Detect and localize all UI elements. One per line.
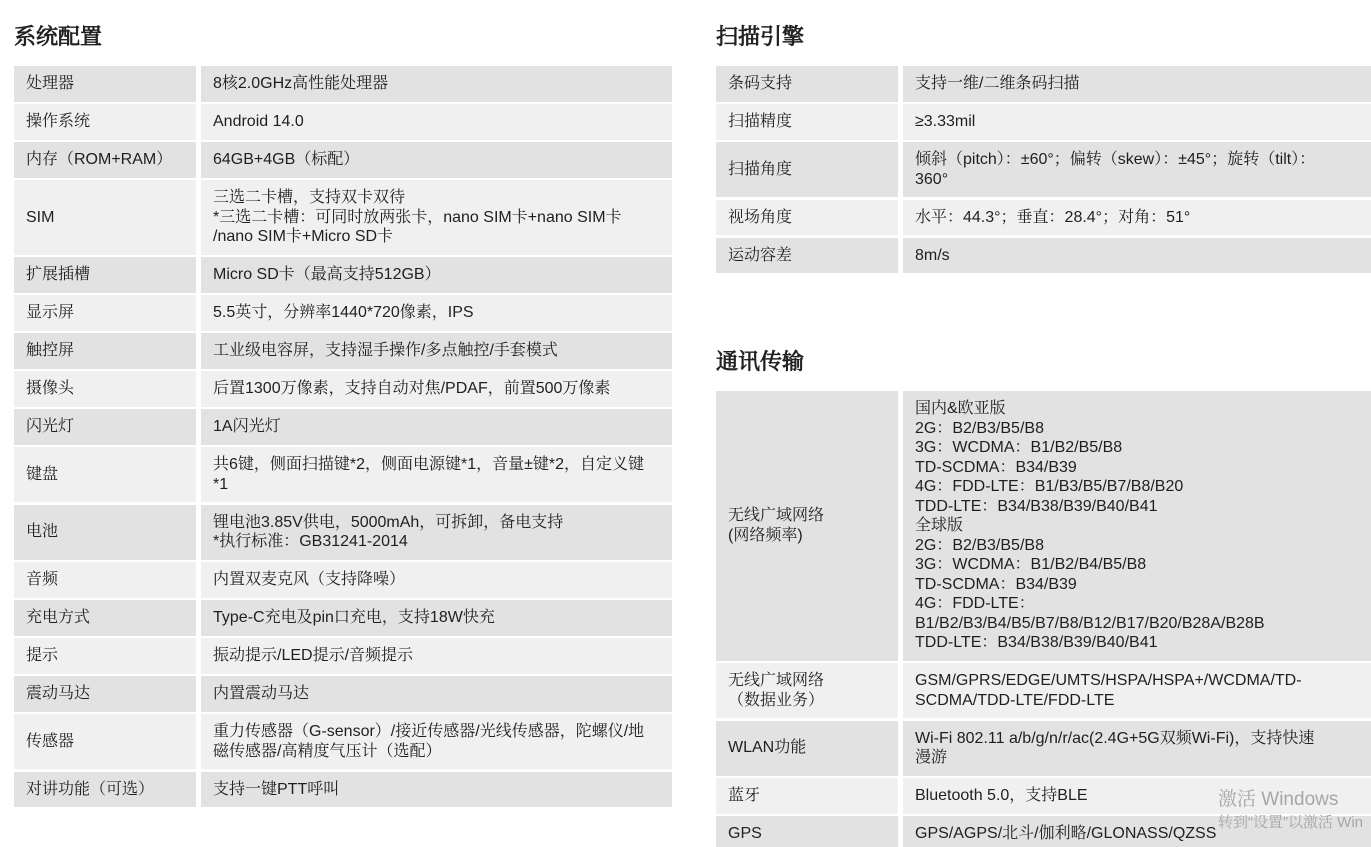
- spec-label: 蓝牙: [716, 778, 898, 814]
- spec-row: 电池锂电池3.85V供电，5000mAh，可拆卸，备电支持 *执行标准：GB31…: [14, 505, 672, 560]
- spec-label: 摄像头: [14, 371, 196, 407]
- spec-row: 传感器重力传感器（G-sensor）/接近传感器/光线传感器，陀螺仪/地 磁传感…: [14, 714, 672, 769]
- spec-row: 视场角度水平：44.3°；垂直：28.4°；对角：51°: [716, 200, 1371, 236]
- spec-row: 无线广域网络 (网络频率)国内&欧亚版 2G：B2/B3/B5/B8 3G：WC…: [716, 391, 1371, 661]
- spec-row: 摄像头后置1300万像素，支持自动对焦/PDAF，前置500万像素: [14, 371, 672, 407]
- spec-label: 运动容差: [716, 238, 898, 274]
- watermark-activate-text: 激活 Windows: [1218, 789, 1363, 811]
- spec-label: 传感器: [14, 714, 196, 769]
- spec-row: 显示屏5.5英寸，分辨率1440*720像素，IPS: [14, 295, 672, 331]
- spec-value: 内置双麦克风（支持降噪）: [201, 562, 672, 598]
- system-config-section: 系统配置 处理器8核2.0GHz高性能处理器操作系统Android 14.0内存…: [14, 24, 672, 810]
- spec-label: 条码支持: [716, 66, 898, 102]
- spec-row: 扫描角度倾斜（pitch）：±60°；偏转（skew）：±45°；旋转（tilt…: [716, 142, 1371, 197]
- spec-label: 操作系统: [14, 104, 196, 140]
- spec-value: 国内&欧亚版 2G：B2/B3/B5/B8 3G：WCDMA：B1/B2/B5/…: [903, 391, 1371, 661]
- spec-row: 扫描精度≥3.33mil: [716, 104, 1371, 140]
- spec-label: 显示屏: [14, 295, 196, 331]
- watermark-settings-text: 转到“设置”以激活 Win: [1218, 814, 1363, 832]
- spec-value: 振动提示/LED提示/音频提示: [201, 638, 672, 674]
- spec-row: WLAN功能Wi-Fi 802.11 a/b/g/n/r/ac(2.4G+5G双…: [716, 721, 1371, 776]
- spec-value: 内置震动马达: [201, 676, 672, 712]
- spec-value: 水平：44.3°；垂直：28.4°；对角：51°: [903, 200, 1371, 236]
- spec-row: 闪光灯1A闪光灯: [14, 409, 672, 445]
- spec-label: 触控屏: [14, 333, 196, 369]
- spec-value: 8核2.0GHz高性能处理器: [201, 66, 672, 102]
- spec-value: 1A闪光灯: [201, 409, 672, 445]
- spec-row: 扩展插槽Micro SD卡（最高支持512GB）: [14, 257, 672, 293]
- spec-label: SIM: [14, 180, 196, 255]
- spec-value: Micro SD卡（最高支持512GB）: [201, 257, 672, 293]
- spec-label: 无线广域网络 （数据业务）: [716, 663, 898, 718]
- spec-row: 触控屏工业级电容屏，支持湿手操作/多点触控/手套模式: [14, 333, 672, 369]
- spec-row: 内存（ROM+RAM）64GB+4GB（标配）: [14, 142, 672, 178]
- section-title-comm: 通讯传输: [716, 349, 1371, 374]
- spec-row: 音频内置双麦克风（支持降噪）: [14, 562, 672, 598]
- spec-value: 倾斜（pitch）：±60°；偏转（skew）：±45°；旋转（tilt）： 3…: [903, 142, 1371, 197]
- spec-label: GPS: [716, 816, 898, 847]
- spec-value: 三选二卡槽，支持双卡双待 *三选二卡槽：可同时放两张卡，nano SIM卡+na…: [201, 180, 672, 255]
- spec-row: 操作系统Android 14.0: [14, 104, 672, 140]
- spec-label: 键盘: [14, 447, 196, 502]
- spec-row: 条码支持支持一维/二维条码扫描: [716, 66, 1371, 102]
- spec-label: 内存（ROM+RAM）: [14, 142, 196, 178]
- spec-label: 震动马达: [14, 676, 196, 712]
- spec-label: 处理器: [14, 66, 196, 102]
- spec-value: 64GB+4GB（标配）: [201, 142, 672, 178]
- scan-engine-table: 条码支持支持一维/二维条码扫描扫描精度≥3.33mil扫描角度倾斜（pitch）…: [716, 66, 1371, 273]
- spec-row: 震动马达内置震动马达: [14, 676, 672, 712]
- section-title-system: 系统配置: [14, 24, 672, 49]
- spec-label: 电池: [14, 505, 196, 560]
- spec-label: WLAN功能: [716, 721, 898, 776]
- spec-value: 工业级电容屏，支持湿手操作/多点触控/手套模式: [201, 333, 672, 369]
- spec-row: 处理器8核2.0GHz高性能处理器: [14, 66, 672, 102]
- spec-row: 提示振动提示/LED提示/音频提示: [14, 638, 672, 674]
- spec-value: 5.5英寸，分辨率1440*720像素，IPS: [201, 295, 672, 331]
- communication-table: 无线广域网络 (网络频率)国内&欧亚版 2G：B2/B3/B5/B8 3G：WC…: [716, 391, 1371, 847]
- spec-value: Android 14.0: [201, 104, 672, 140]
- section-title-scan: 扫描引擎: [716, 24, 1371, 49]
- spec-value: 支持一维/二维条码扫描: [903, 66, 1371, 102]
- spec-value: Wi-Fi 802.11 a/b/g/n/r/ac(2.4G+5G双频Wi-Fi…: [903, 721, 1371, 776]
- spec-row: 充电方式Type-C充电及pin口充电，支持18W快充: [14, 600, 672, 636]
- spec-label: 音频: [14, 562, 196, 598]
- spec-row: 键盘共6键，侧面扫描键*2，侧面电源键*1，音量±键*2，自定义键 *1: [14, 447, 672, 502]
- right-column: 扫描引擎 条码支持支持一维/二维条码扫描扫描精度≥3.33mil扫描角度倾斜（p…: [716, 24, 1371, 847]
- spec-label: 扫描精度: [716, 104, 898, 140]
- spec-value: 8m/s: [903, 238, 1371, 274]
- spec-value: 重力传感器（G-sensor）/接近传感器/光线传感器，陀螺仪/地 磁传感器/高…: [201, 714, 672, 769]
- spec-value: Type-C充电及pin口充电，支持18W快充: [201, 600, 672, 636]
- spec-value: ≥3.33mil: [903, 104, 1371, 140]
- spec-label: 对讲功能（可选）: [14, 772, 196, 808]
- spec-value: 后置1300万像素，支持自动对焦/PDAF，前置500万像素: [201, 371, 672, 407]
- spec-label: 视场角度: [716, 200, 898, 236]
- spec-label: 扫描角度: [716, 142, 898, 197]
- spec-label: 扩展插槽: [14, 257, 196, 293]
- system-config-table: 处理器8核2.0GHz高性能处理器操作系统Android 14.0内存（ROM+…: [14, 66, 672, 807]
- spec-label: 充电方式: [14, 600, 196, 636]
- spec-row: 对讲功能（可选）支持一键PTT呼叫: [14, 772, 672, 808]
- spec-row: 无线广域网络 （数据业务）GSM/GPRS/EDGE/UMTS/HSPA/HSP…: [716, 663, 1371, 718]
- spec-value: GSM/GPRS/EDGE/UMTS/HSPA/HSPA+/WCDMA/TD- …: [903, 663, 1371, 718]
- spec-value: 支持一键PTT呼叫: [201, 772, 672, 808]
- spec-label: 无线广域网络 (网络频率): [716, 391, 898, 661]
- spec-label: 闪光灯: [14, 409, 196, 445]
- spec-value: 共6键，侧面扫描键*2，侧面电源键*1，音量±键*2，自定义键 *1: [201, 447, 672, 502]
- spec-label: 提示: [14, 638, 196, 674]
- spec-row: 运动容差8m/s: [716, 238, 1371, 274]
- spec-row: SIM三选二卡槽，支持双卡双待 *三选二卡槽：可同时放两张卡，nano SIM卡…: [14, 180, 672, 255]
- windows-activation-watermark: 激活 Windows 转到“设置”以激活 Win: [1218, 789, 1363, 832]
- spec-value: 锂电池3.85V供电，5000mAh，可拆卸，备电支持 *执行标准：GB3124…: [201, 505, 672, 560]
